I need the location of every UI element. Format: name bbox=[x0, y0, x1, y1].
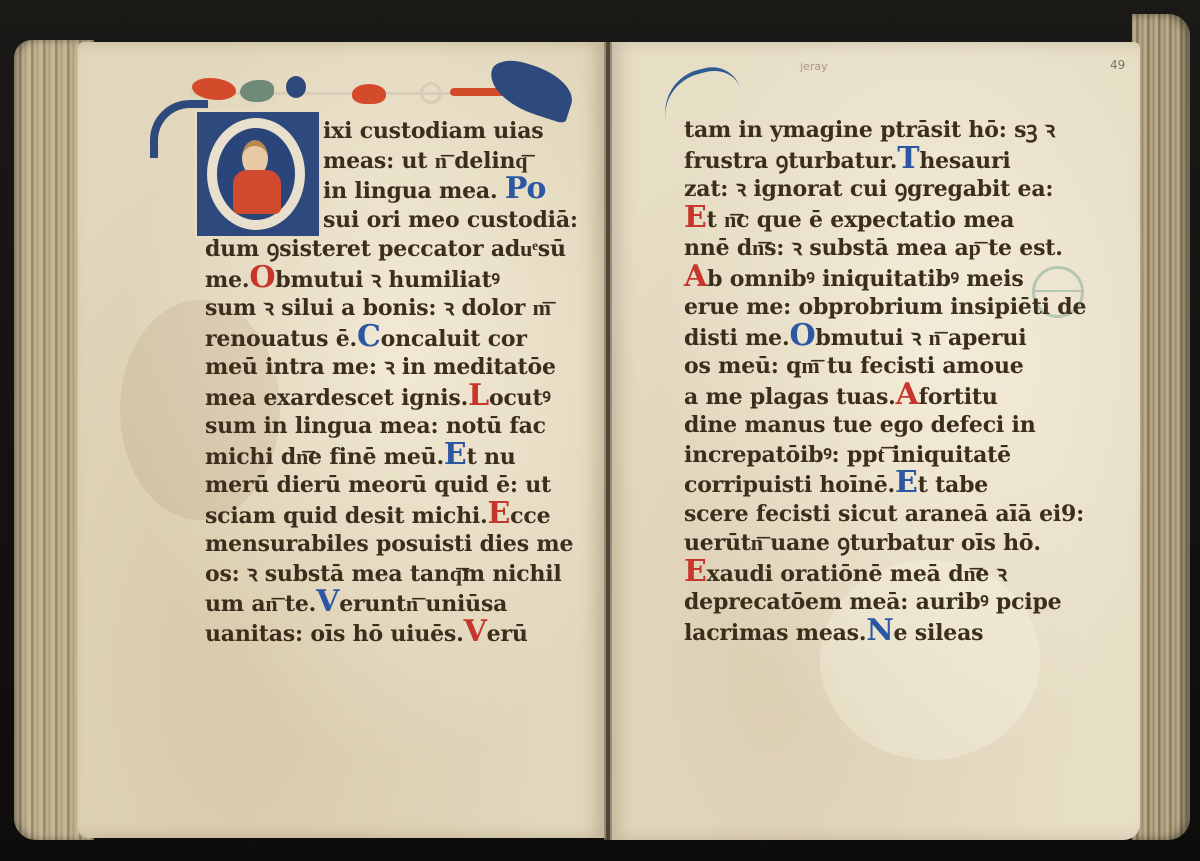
text-line: os: ꝛ substā mea tanq͞m nichil bbox=[205, 560, 578, 590]
blue-initial: C bbox=[357, 324, 381, 350]
blue-initial: O bbox=[789, 323, 815, 349]
blue-initial: E bbox=[444, 442, 467, 468]
text-line: tam in ymagine ptrāsit hō: sꝫ ꝛ bbox=[684, 116, 1086, 146]
red-initial: E bbox=[684, 205, 707, 231]
text-line: lacrimas meas.Ne sileas bbox=[684, 618, 1086, 648]
red-initial: O bbox=[249, 265, 275, 291]
gutter bbox=[604, 42, 612, 840]
text-line: Et n͞c que ē expectatio mea bbox=[684, 205, 1086, 235]
text-line: me.Obmutui ꝛ humiliatꝰ bbox=[205, 265, 578, 295]
text-line: corripuisti hoīnē.Et tabe bbox=[684, 470, 1086, 500]
text-line: uerūtn͞ uane ꝯturbatur oīs hō. bbox=[684, 529, 1086, 559]
text-line: frustra ꝯturbatur.Thesauri bbox=[684, 146, 1086, 176]
text-line: Exaudi oratiōnē meā dn͞e ꝛ bbox=[684, 559, 1086, 589]
blue-initial: V bbox=[316, 589, 339, 615]
text-line: sum ꝛ silui a bonis: ꝛ dolor m͞ bbox=[205, 294, 578, 324]
text-line: erue me: obprobrium insipiēti de bbox=[684, 293, 1086, 323]
text-line: ixi custodiam uias bbox=[205, 117, 578, 147]
text-line: sum in lingua mea: notū fac bbox=[205, 412, 578, 442]
text-line: disti me.Obmutui ꝛ n͞ aperui bbox=[684, 323, 1086, 353]
red-initial: V bbox=[464, 619, 487, 645]
red-initial: E bbox=[488, 501, 511, 527]
folio-number: 49 bbox=[1110, 58, 1125, 72]
green-leaf-ornament bbox=[240, 80, 274, 102]
text-line: meū intra me: ꝛ in meditatōe bbox=[205, 353, 578, 383]
text-line: Ab omnibꝰ iniquitatibꝰ meis bbox=[684, 264, 1086, 294]
red-initial: A bbox=[896, 382, 919, 408]
blue-initial: T bbox=[897, 146, 919, 172]
text-line: um an͞ te.Veruntn͞ uniūsa bbox=[205, 589, 578, 619]
left-page-text: ixi custodiam uias meas: ut n͞ delinq͞ i… bbox=[205, 117, 578, 648]
text-line: renouatus ē.Concaluit cor bbox=[205, 324, 578, 354]
text-line: in lingua mea. Po bbox=[205, 176, 578, 206]
text-line: nnē dn͞s: ꝛ substā mea ap͞ te est. bbox=[684, 234, 1086, 264]
blue-initial: N bbox=[866, 618, 893, 644]
right-fore-edge bbox=[1132, 14, 1190, 840]
blue-ball-ornament bbox=[286, 76, 306, 98]
open-manuscript: ixi custodiam uias meas: ut n͞ delinq͞ i… bbox=[0, 0, 1200, 861]
text-line: sciam quid desit michi.Ecce bbox=[205, 501, 578, 531]
text-line: zat: ꝛ ignorat cui ꝯgregabit ea: bbox=[684, 175, 1086, 205]
blue-initial: Po bbox=[505, 176, 546, 202]
blue-initial: E bbox=[895, 470, 918, 496]
top-margin-note: jeray bbox=[800, 60, 828, 73]
text-line: increpatōibꝰ: ppt͞ iniquitatē bbox=[684, 441, 1086, 471]
red-initial: L bbox=[468, 383, 489, 409]
text-line: mensurabiles posuisti dies me bbox=[205, 530, 578, 560]
ring-ornament bbox=[420, 82, 442, 104]
red-initial: A bbox=[684, 264, 707, 290]
red-knot-ornament bbox=[352, 84, 386, 104]
text-line: sui ori meo custodiā: bbox=[205, 206, 578, 236]
text-line: mea exardescet ignis.Locutꝰ bbox=[205, 383, 578, 413]
text-line: scere fecisti sicut araneā aīā ei9: bbox=[684, 500, 1086, 530]
text-line: merū dierū meorū quid ē: ut bbox=[205, 471, 578, 501]
text-line: uanitas: oīs hō uiuēs.Verū bbox=[205, 619, 578, 649]
red-initial: E bbox=[684, 559, 707, 585]
text-line: dine manus tue ego defeci in bbox=[684, 411, 1086, 441]
text-line: os meū: qm͞ tu fecisti amoue bbox=[684, 352, 1086, 382]
text-line: michi dn͞e finē meū.Et nu bbox=[205, 442, 578, 472]
right-page-text: tam in ymagine ptrāsit hō: sꝫ ꝛ frustra … bbox=[684, 116, 1086, 647]
text-line: a me plagas tuas.Afortitu bbox=[684, 382, 1086, 412]
